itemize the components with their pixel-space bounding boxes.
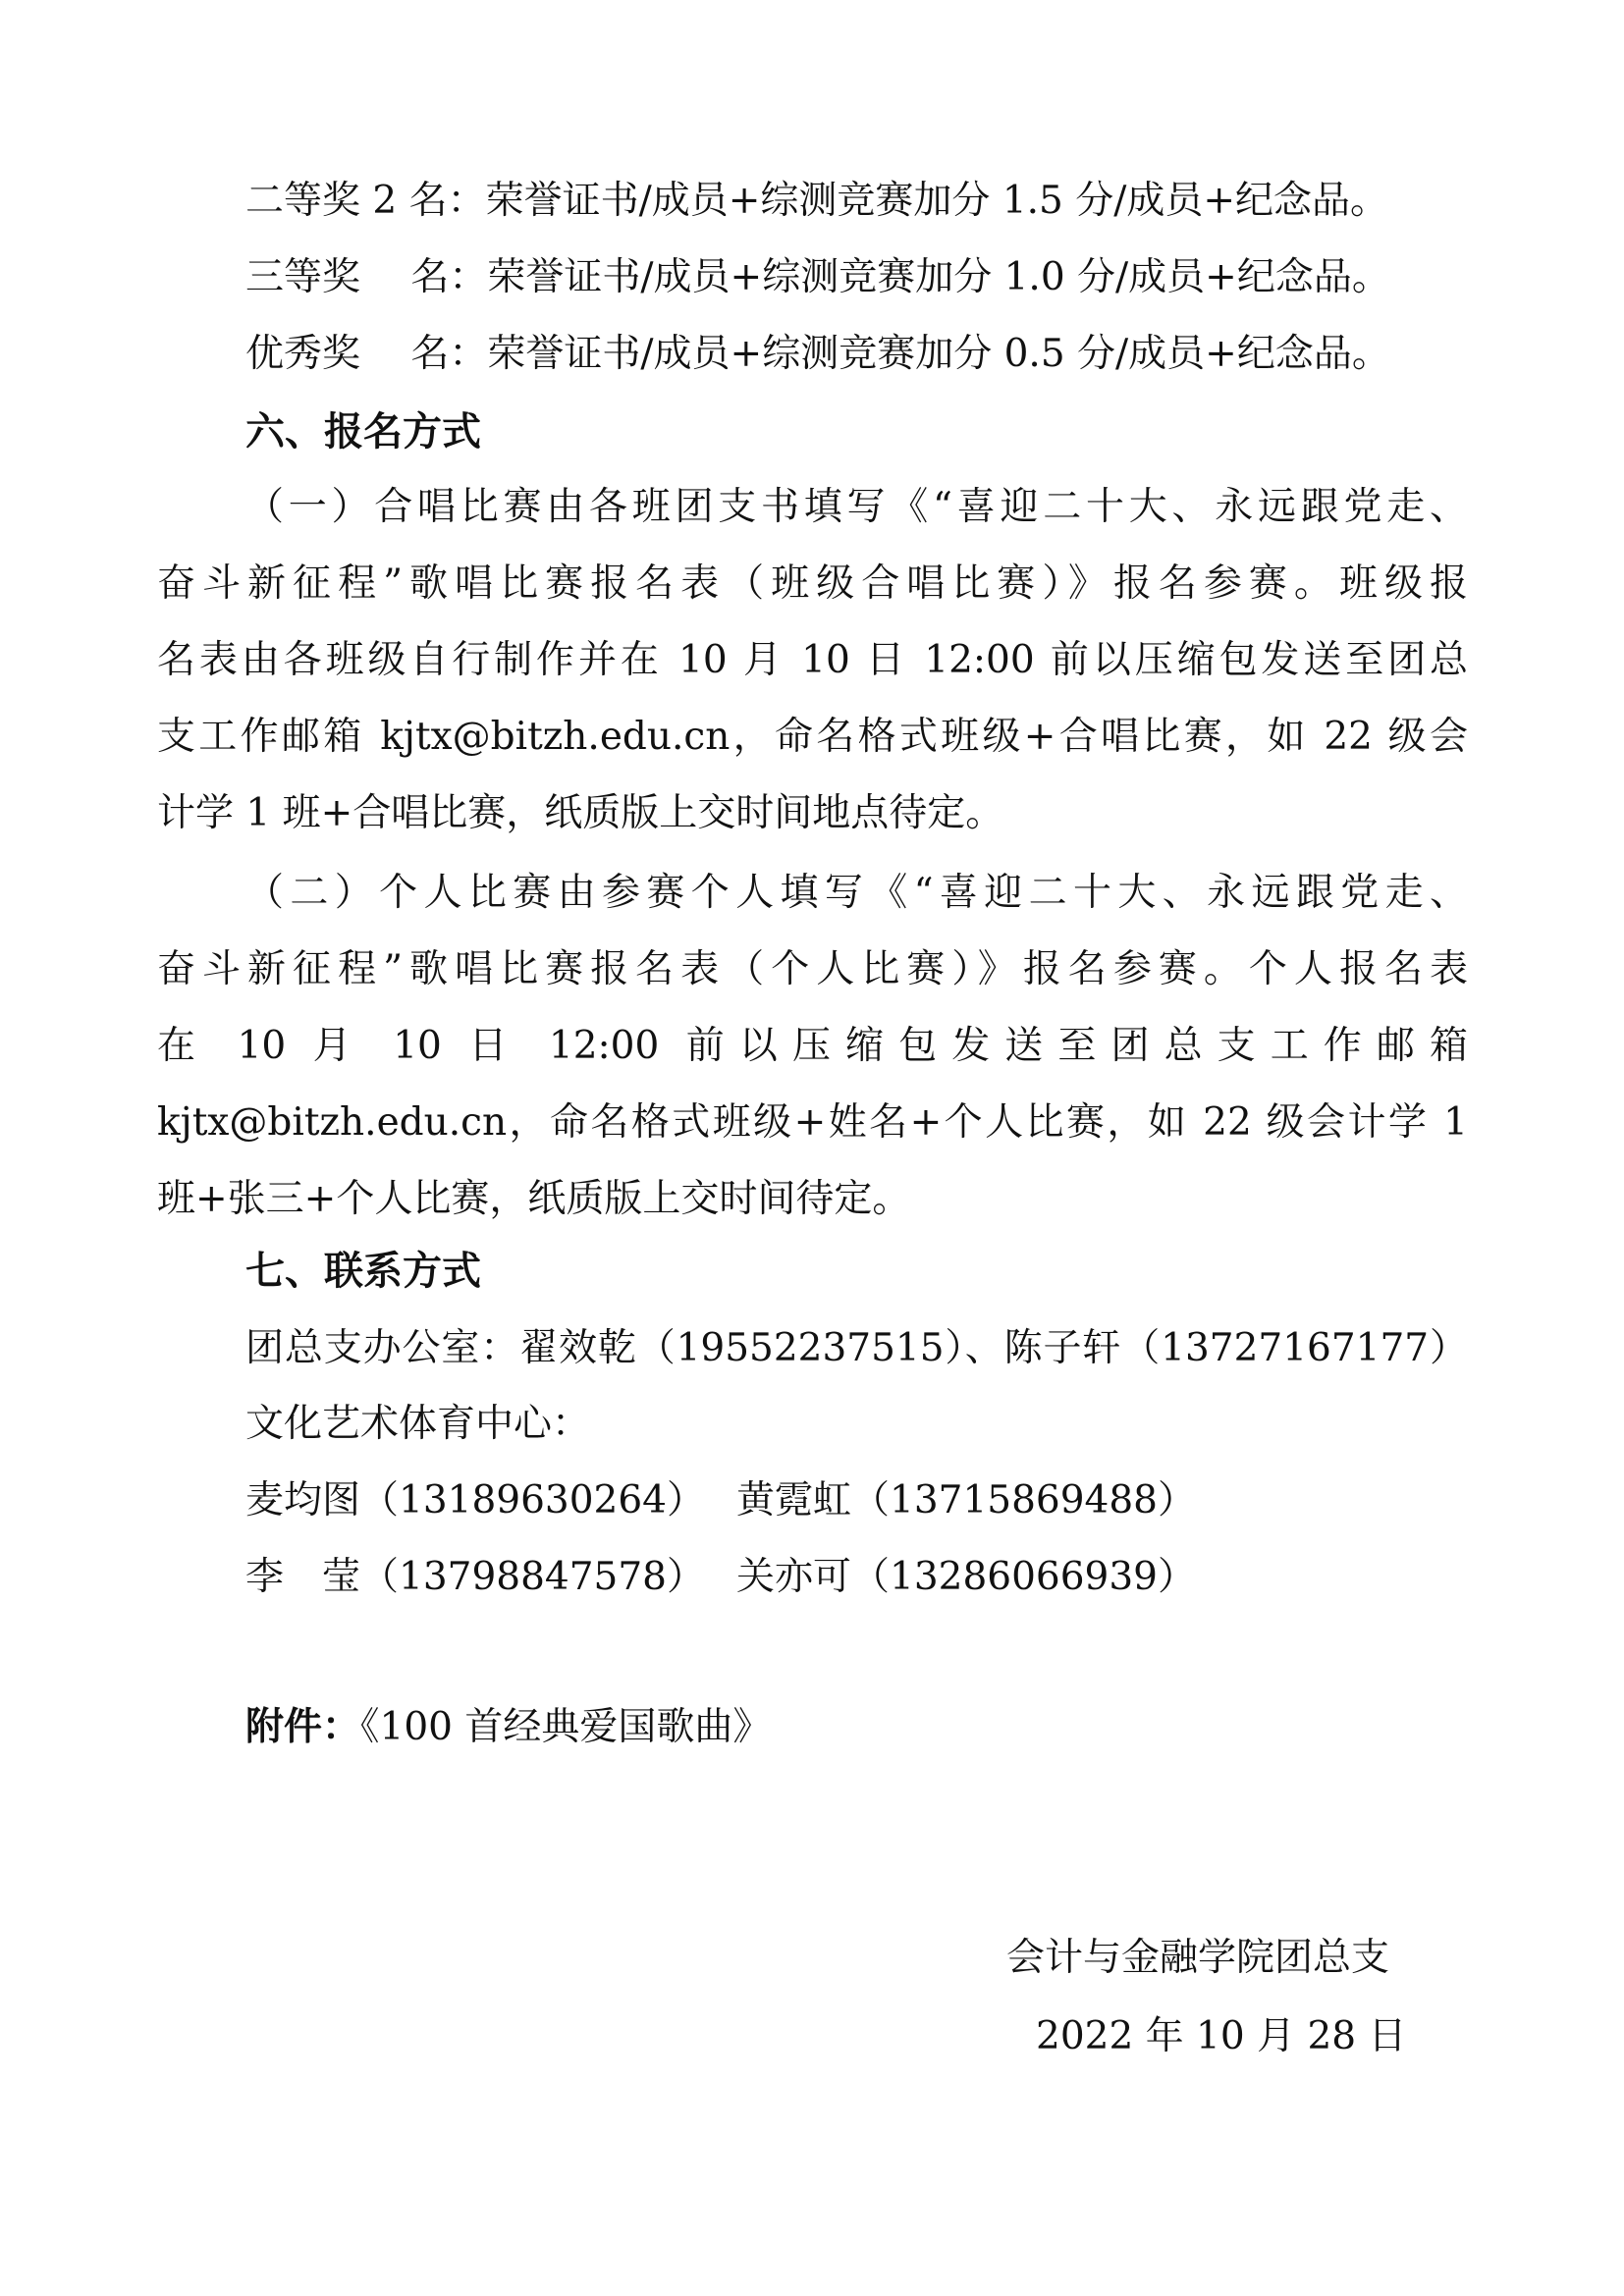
contact-entry: 关亦可（13286066939） (736, 1555, 1196, 1599)
attachment-line: 附件：《100 首经典爱国歌曲》 (245, 1706, 771, 1749)
contact-phone: （13798847578） (360, 1555, 705, 1599)
contact-phone: （13715869488） (851, 1478, 1196, 1522)
paragraph-line: （二）个人比赛由参赛个人填写《“喜迎二十大、永远跟党走、 (245, 872, 1468, 915)
document-page: 二等奖 2 名：荣誉证书/成员+综测竞赛加分 1.5 分/成员+纪念品。 三等奖… (0, 0, 1624, 2296)
signature-date: 2022 年 10 月 28 日 (1036, 2015, 1407, 2058)
award-label: 二等奖 2 名： (245, 179, 486, 223)
contact-name: 黄霓虹 (736, 1478, 851, 1522)
award-text: 荣誉证书/成员+综测竞赛加分 0.5 分/成员+纪念品。 (487, 332, 1389, 376)
section-heading-registration: 六、报名方式 (245, 410, 481, 454)
paragraph-line: 班+张三+个人比赛，纸质版上交时间待定。 (157, 1178, 910, 1221)
signature-org: 会计与金融学院团总支 (1006, 1937, 1389, 1980)
attachment-title: 《100 首经典爱国歌曲》 (360, 1705, 771, 1749)
paragraph-line: 奋斗新征程”歌唱比赛报名表（班级合唱比赛）》报名参赛。班级报 (157, 562, 1468, 606)
award-text: 荣誉证书/成员+综测竞赛加分 1.0 分/成员+纪念品。 (487, 255, 1389, 299)
contact-name: 李 莹 (245, 1555, 360, 1599)
award-third: 三等奖 名：荣誉证书/成员+综测竞赛加分 1.0 分/成员+纪念品。 (245, 256, 1468, 299)
center-label: 文化艺术体育中心： (245, 1403, 590, 1446)
contact-name: 关亦可 (736, 1555, 851, 1599)
contact-phone: （13286066939） (851, 1555, 1196, 1599)
award-label: 三等奖 名： (245, 255, 487, 299)
contact-row: 李 莹（13798847578）关亦可（13286066939） (245, 1556, 1196, 1599)
award-label: 优秀奖 名： (245, 332, 487, 376)
contact-entry: 黄霓虹（13715869488） (736, 1478, 1196, 1522)
attachment-label: 附件： (245, 1705, 360, 1749)
section-heading-contact: 七、联系方式 (245, 1250, 481, 1293)
award-text: 荣誉证书/成员+综测竞赛加分 1.5 分/成员+纪念品。 (486, 179, 1388, 223)
paragraph-line: （一）合唱比赛由各班团支书填写《“喜迎二十大、永远跟党走、 (245, 486, 1468, 529)
paragraph-line: kjtx@bitzh.edu.cn，命名格式班级+姓名+个人比赛，如 22 级会… (157, 1101, 1468, 1145)
award-excellence: 优秀奖 名：荣誉证书/成员+综测竞赛加分 0.5 分/成员+纪念品。 (245, 333, 1468, 376)
paragraph-line: 奋斗新征程”歌唱比赛报名表（个人比赛）》报名参赛。个人报名表 (157, 948, 1468, 991)
paragraph-line: 在 10 月 10 日 12:00 前以压缩包发送至团总支工作邮箱 (157, 1025, 1468, 1068)
paragraph-line: 名表由各班级自行制作并在 10 月 10 日 12:00 前以压缩包发送至团总 (157, 639, 1468, 682)
award-second: 二等奖 2 名：荣誉证书/成员+综测竞赛加分 1.5 分/成员+纪念品。 (245, 180, 1468, 223)
contact-name: 麦均图 (245, 1478, 360, 1522)
contact-row: 麦均图（13189630264）黄霓虹（13715869488） (245, 1479, 1196, 1522)
paragraph-line: 计学 1 班+合唱比赛，纸质版上交时间地点待定。 (157, 792, 1003, 835)
contact-entry: 麦均图（13189630264） (245, 1479, 736, 1522)
paragraph-line: 支工作邮箱 kjtx@bitzh.edu.cn，命名格式班级+合唱比赛，如 22… (157, 716, 1468, 759)
contact-entry: 李 莹（13798847578） (245, 1556, 736, 1599)
office-contact-line: 团总支办公室：翟效乾（19552237515）、陈子轩（13727167177） (245, 1327, 1468, 1370)
contact-phone: （13189630264） (360, 1478, 705, 1522)
